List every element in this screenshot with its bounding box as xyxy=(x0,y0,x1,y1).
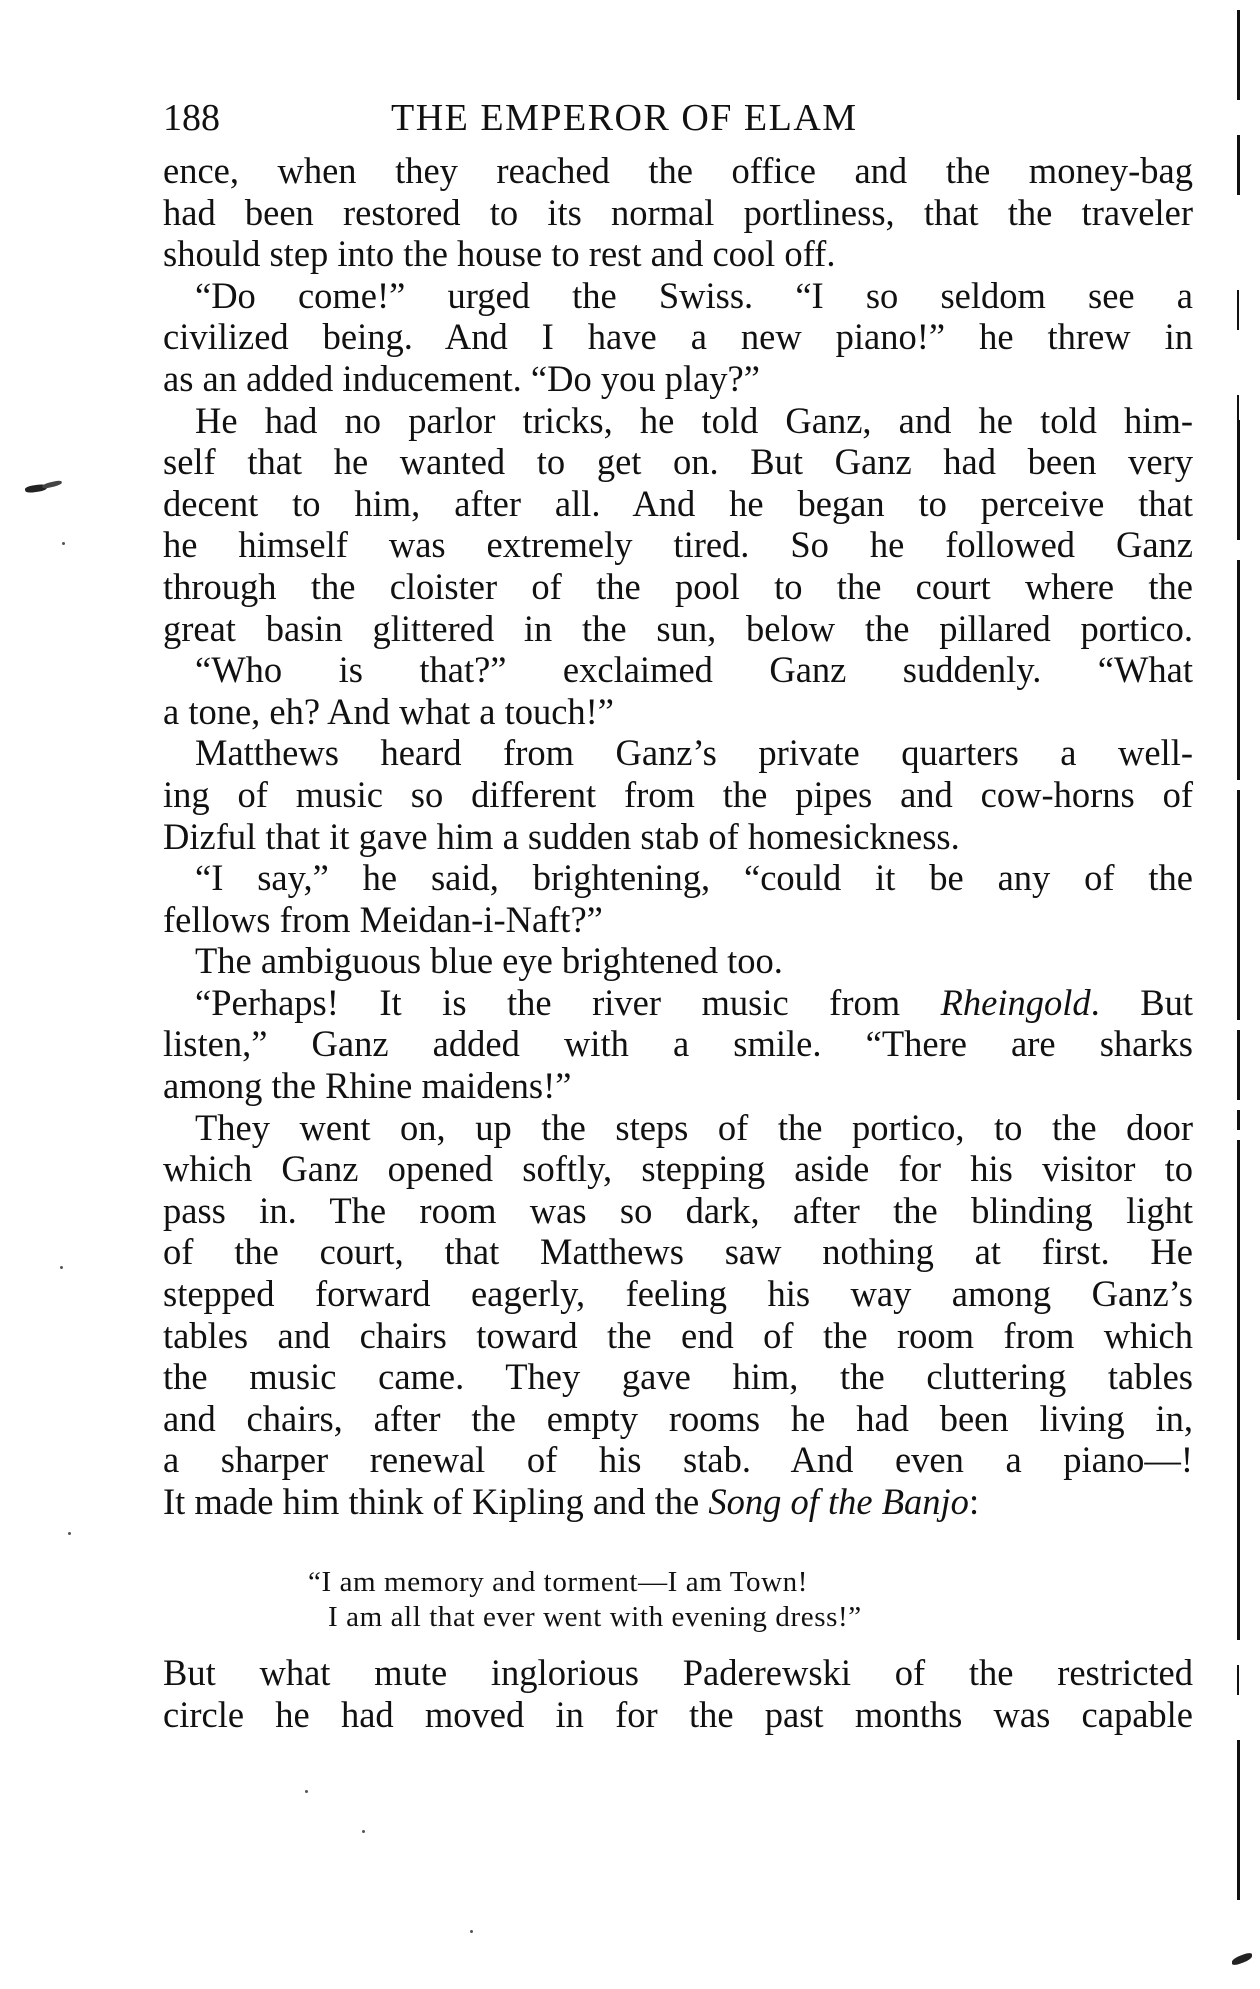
italic-title: Song of the Banjo xyxy=(708,1481,969,1522)
corner-mark xyxy=(1232,1951,1252,1966)
text-line: as an added inducement. “Do you play?” xyxy=(163,358,1193,400)
gutter-shadow-line xyxy=(1237,135,1240,195)
text-line: It made him think of Kipling and the Son… xyxy=(163,1481,1193,1523)
text-line: he himself was extremely tired. So he fo… xyxy=(163,524,1193,566)
page-header: 188 THE EMPEROR OF ELAM xyxy=(163,96,1193,146)
text-segment: : xyxy=(969,1481,979,1522)
ink-speck xyxy=(362,1830,365,1833)
text-line: great basin glittered in the sun, below … xyxy=(163,608,1193,650)
text-line: the music came. They gave him, the clutt… xyxy=(163,1356,1193,1398)
italic-title: Rheingold xyxy=(941,982,1091,1023)
text-line: listen,” Ganz added with a smile. “There… xyxy=(163,1023,1193,1065)
text-segment: “Perhaps! It is the river music from xyxy=(195,982,941,1023)
ink-speck xyxy=(62,542,65,545)
text-line: But what mute inglorious Paderewski of t… xyxy=(163,1652,1193,1694)
body-text-continued: But what mute inglorious Paderewski of t… xyxy=(163,1652,1193,1735)
page-number: 188 xyxy=(163,96,220,140)
gutter-shadow-line xyxy=(1237,1110,1240,1130)
text-line: “I say,” he said, brightening, “could it… xyxy=(163,857,1193,899)
text-line: The ambiguous blue eye brightened too. xyxy=(163,940,1193,982)
ink-speck xyxy=(470,1930,473,1933)
book-page: 188 THE EMPEROR OF ELAM ence, when they … xyxy=(0,0,1260,1989)
gutter-shadow-line xyxy=(1237,290,1239,330)
text-line: and chairs, after the empty rooms he had… xyxy=(163,1398,1193,1440)
text-line: Matthews heard from Ganz’s private quart… xyxy=(163,732,1193,774)
text-segment: It made him think of Kipling and the xyxy=(163,1481,708,1522)
text-line: a sharper renewal of his stab. And even … xyxy=(163,1439,1193,1481)
gutter-shadow-line xyxy=(1237,1030,1240,1100)
text-line: pass in. The room was so dark, after the… xyxy=(163,1190,1193,1232)
text-line: decent to him, after all. And he began t… xyxy=(163,483,1193,525)
gutter-shadow-line xyxy=(1237,1000,1240,1020)
verse-line: “I am memory and torment—I am Town! xyxy=(308,1565,1068,1600)
text-line: “Do come!” urged the Swiss. “I so seldom… xyxy=(163,275,1193,317)
text-line: circle he had moved in for the past mont… xyxy=(163,1694,1193,1736)
text-line: They went on, up the steps of the portic… xyxy=(163,1107,1193,1149)
gutter-shadow-line xyxy=(1237,600,1240,780)
verse-quotation: “I am memory and torment—I am Town!I am … xyxy=(308,1565,1068,1635)
gutter-shadow-line xyxy=(1237,420,1240,540)
text-line: of the court, that Matthews saw nothing … xyxy=(163,1231,1193,1273)
text-line: stepped forward eagerly, feeling his way… xyxy=(163,1273,1193,1315)
text-line: “Perhaps! It is the river music from Rhe… xyxy=(163,982,1193,1024)
text-line: should step into the house to rest and c… xyxy=(163,233,1193,275)
ink-speck xyxy=(305,1790,308,1793)
text-line: ing of music so different from the pipes… xyxy=(163,774,1193,816)
gutter-shadow-line xyxy=(1237,1665,1239,1695)
gutter-shadow-line xyxy=(1237,1140,1240,1640)
ink-speck xyxy=(68,1532,71,1535)
text-line: ence, when they reached the office and t… xyxy=(163,150,1193,192)
gutter-shadow-line xyxy=(1237,560,1240,600)
text-line: which Ganz opened softly, stepping aside… xyxy=(163,1148,1193,1190)
text-line: among the Rhine maidens!” xyxy=(163,1065,1193,1107)
text-line: a tone, eh? And what a touch!” xyxy=(163,691,1193,733)
body-text: ence, when they reached the office and t… xyxy=(163,150,1193,1523)
text-line: He had no parlor tricks, he told Ganz, a… xyxy=(163,400,1193,442)
gutter-shadow-line xyxy=(1237,10,1240,100)
text-line: through the cloister of the pool to the … xyxy=(163,566,1193,608)
gutter-shadow-line xyxy=(1237,790,1240,1000)
text-line: fellows from Meidan-i-Naft?” xyxy=(163,899,1193,941)
text-line: self that he wanted to get on. But Ganz … xyxy=(163,441,1193,483)
text-segment: . But xyxy=(1091,982,1193,1023)
running-title: THE EMPEROR OF ELAM xyxy=(391,96,858,140)
text-line: civilized being. And I have a new piano!… xyxy=(163,316,1193,358)
text-line: “Who is that?” exclaimed Ganz suddenly. … xyxy=(163,649,1193,691)
text-line: Dizful that it gave him a sudden stab of… xyxy=(163,816,1193,858)
text-line: had been restored to its normal portline… xyxy=(163,192,1193,234)
verse-line: I am all that ever went with evening dre… xyxy=(308,1600,1068,1635)
ink-speck xyxy=(60,1266,63,1269)
text-line: tables and chairs toward the end of the … xyxy=(163,1315,1193,1357)
ink-smudge xyxy=(42,480,63,490)
gutter-shadow-line xyxy=(1237,1740,1240,1900)
